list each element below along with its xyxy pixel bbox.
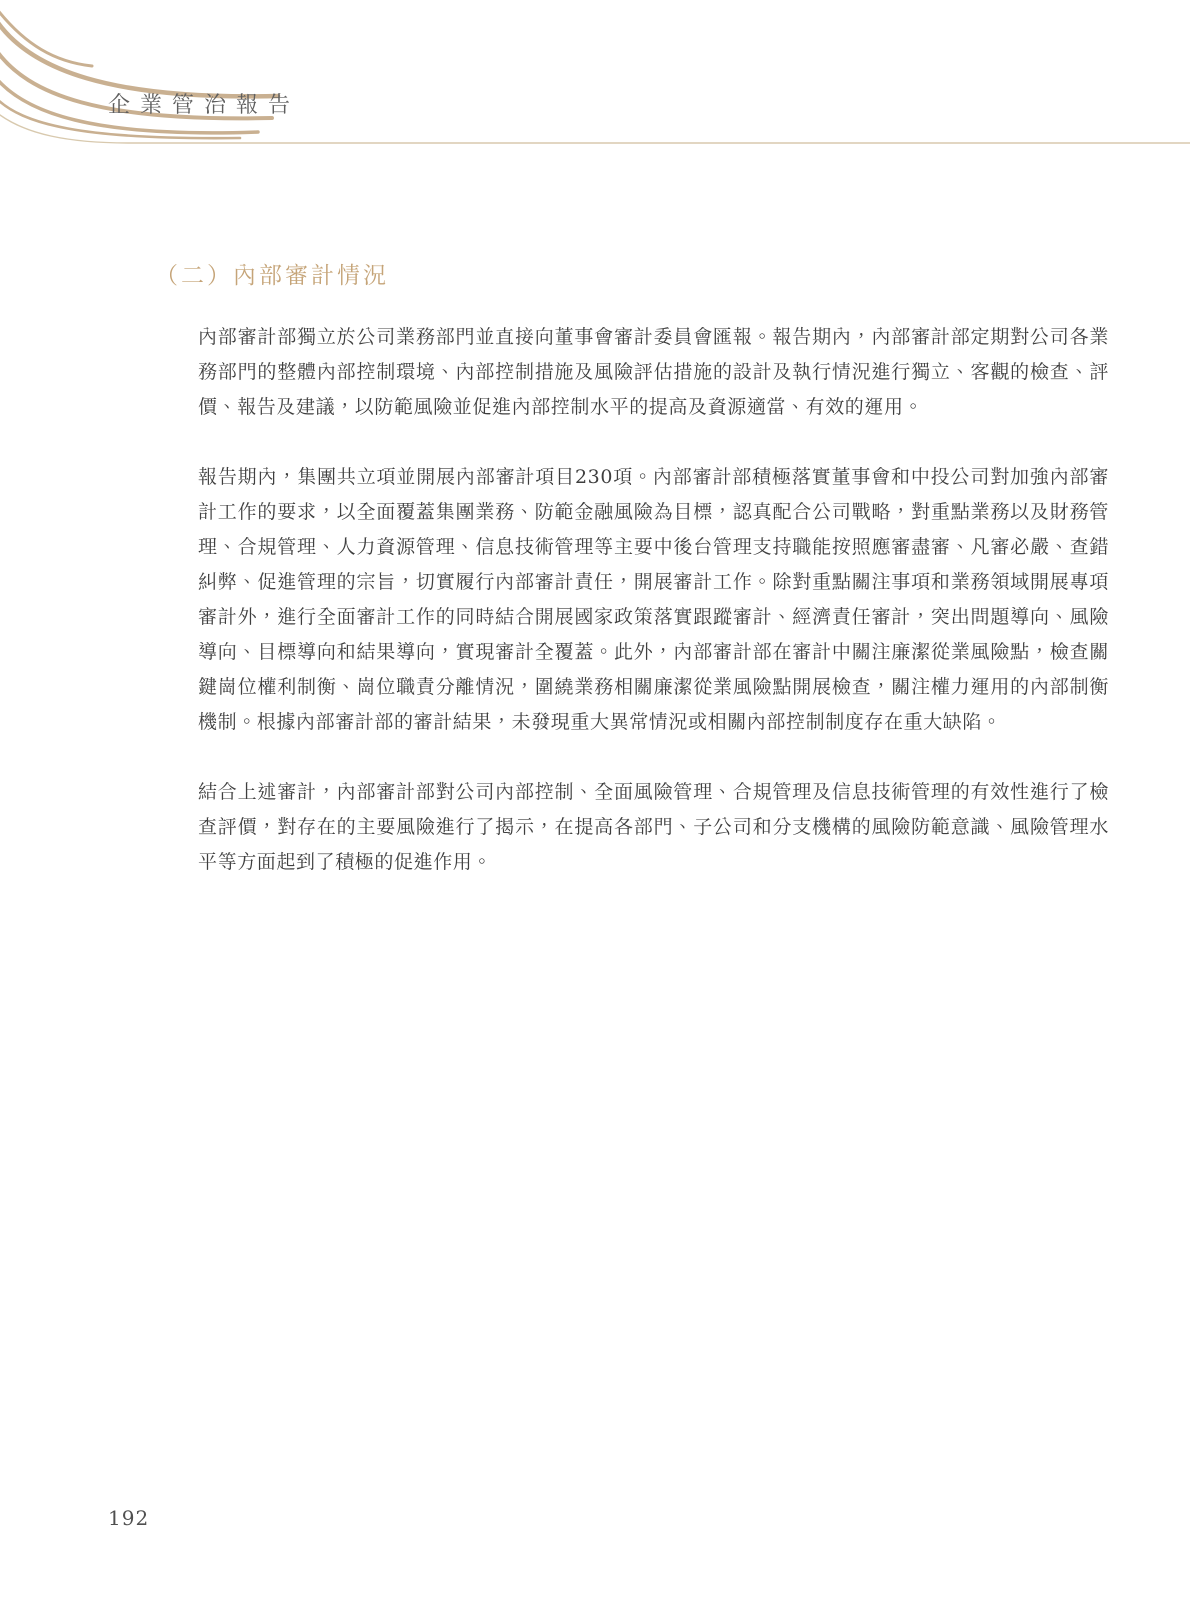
report-content: （二）內部審計情況 內部審計部獨立於公司業務部門並直接向董事會審計委員會匯報。報… [155, 260, 1111, 915]
page-number: 192 [108, 1506, 149, 1530]
section-heading: （二）內部審計情況 [155, 260, 1111, 292]
paragraph-audit-projects-detail: 報告期內，集團共立項並開展內部審計項目230項。內部審計部積極落實董事會和中投公… [198, 460, 1109, 740]
section-paragraphs: 內部審計部獨立於公司業務部門並直接向董事會審計委員會匯報。報告期內，內部審計部定… [198, 320, 1109, 880]
paragraph-audit-conclusion: 結合上述審計，內部審計部對公司內部控制、全面風險管理、合規管理及信息技術管理的有… [198, 775, 1109, 880]
page-header-title: 企業管治報告 [108, 88, 300, 119]
corner-swoosh-icon [0, 0, 1190, 170]
paragraph-internal-audit-overview: 內部審計部獨立於公司業務部門並直接向董事會審計委員會匯報。報告期內，內部審計部定… [198, 320, 1109, 425]
report-page: 企業管治報告 （二）內部審計情況 內部審計部獨立於公司業務部門並直接向董事會審計… [0, 0, 1190, 1615]
